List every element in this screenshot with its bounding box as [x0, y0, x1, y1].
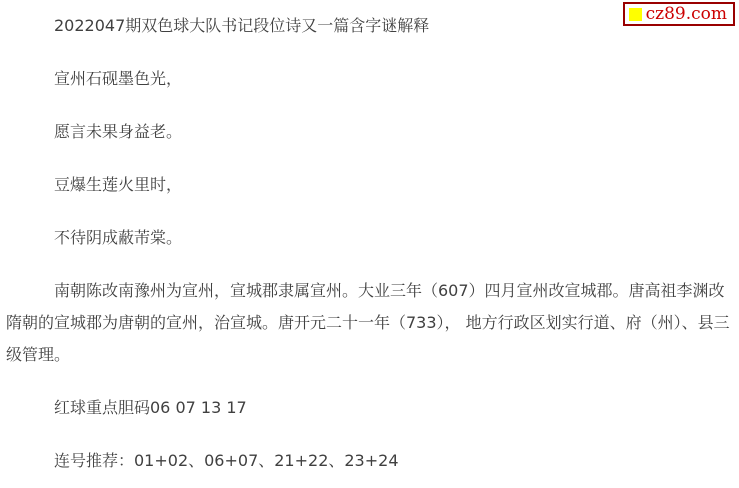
consecutive-number-recommendation: 连号推荐：01+02、06+07、21+22、23+24 [6, 445, 734, 477]
poem-line-3: 豆爆生莲火里时， [6, 169, 734, 201]
logo-text: cz89.com [646, 6, 727, 23]
logo-yellow-square-icon [629, 8, 642, 21]
red-ball-recommendation: 红球重点胆码06 07 13 17 [6, 392, 734, 424]
poem-line-4: 不待阴成蔽芾棠。 [6, 222, 734, 254]
history-paragraph: 南朝陈改南豫州为宣州，宣城郡隶属宣州。大业三年（607）四月宣州改宣城郡。唐高祖… [6, 275, 734, 371]
article-body: 2022047期双色球大队书记段位诗又一篇含字谜解释 宣州石砚墨色光， 愿言未果… [0, 0, 739, 477]
cz89-logo[interactable]: cz89.com [623, 2, 735, 26]
poem-line-1: 宣州石砚墨色光， [6, 63, 734, 95]
poem-line-2: 愿言未果身益老。 [6, 116, 734, 148]
